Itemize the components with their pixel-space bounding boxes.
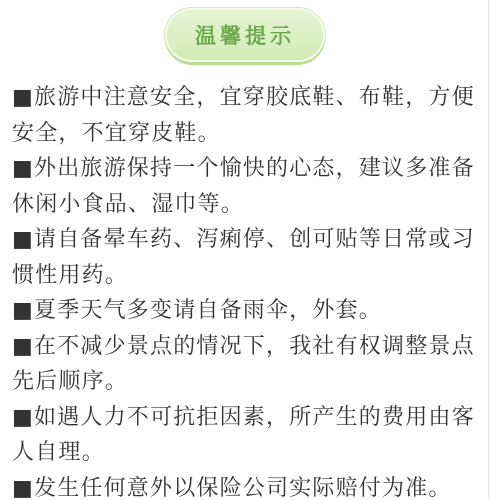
tip-text: 请自备晕车药、泻痢停、创可贴等日常或习惯性用药。	[12, 227, 475, 288]
tip-item: ■外出旅游保持一个愉快的心态，建议多准备休闲小食品、湿巾等。	[12, 151, 488, 222]
tip-text: 发生任何意外以保险公司实际赔付为准。	[34, 476, 452, 500]
tip-item: ■请自备晕车药、泻痢停、创可贴等日常或习惯性用药。	[12, 222, 488, 293]
tips-title-badge: 温馨提示	[165, 8, 325, 62]
tip-text: 旅游中注意安全，宜穿胶底鞋、布鞋，方便安全，不宜穿皮鞋。	[12, 85, 475, 146]
tip-item: ■旅游中注意安全，宜穿胶底鞋、布鞋，方便安全，不宜穿皮鞋。	[12, 80, 488, 151]
square-bullet-icon: ■	[12, 334, 34, 359]
tip-text: 外出旅游保持一个愉快的心态，建议多准备休闲小食品、湿巾等。	[12, 156, 475, 217]
tip-text: 夏季天气多变请自备雨伞，外套。	[34, 298, 382, 323]
tips-title: 温馨提示	[195, 20, 295, 50]
tips-list: ■旅游中注意安全，宜穿胶底鞋、布鞋，方便安全，不宜穿皮鞋。 ■外出旅游保持一个愉…	[12, 80, 488, 500]
dotted-border	[488, 0, 489, 500]
square-bullet-icon: ■	[12, 405, 34, 430]
tip-item: ■在不减少景点的情况下，我社有权调整景点先后顺序。	[12, 329, 488, 400]
square-bullet-icon: ■	[12, 156, 34, 181]
square-bullet-icon: ■	[12, 298, 34, 323]
tip-text: 在不减少景点的情况下，我社有权调整景点先后顺序。	[12, 334, 475, 395]
tip-text: 如遇人力不可抗拒因素，所产生的费用由客人自理。	[12, 405, 475, 466]
tip-item: ■如遇人力不可抗拒因素，所产生的费用由客人自理。	[12, 400, 488, 471]
square-bullet-icon: ■	[12, 476, 34, 500]
header: 温馨提示	[0, 0, 500, 78]
tip-item: ■发生任何意外以保险公司实际赔付为准。	[12, 471, 488, 500]
square-bullet-icon: ■	[12, 227, 34, 252]
tip-item: ■夏季天气多变请自备雨伞，外套。	[12, 293, 488, 329]
square-bullet-icon: ■	[12, 85, 34, 110]
